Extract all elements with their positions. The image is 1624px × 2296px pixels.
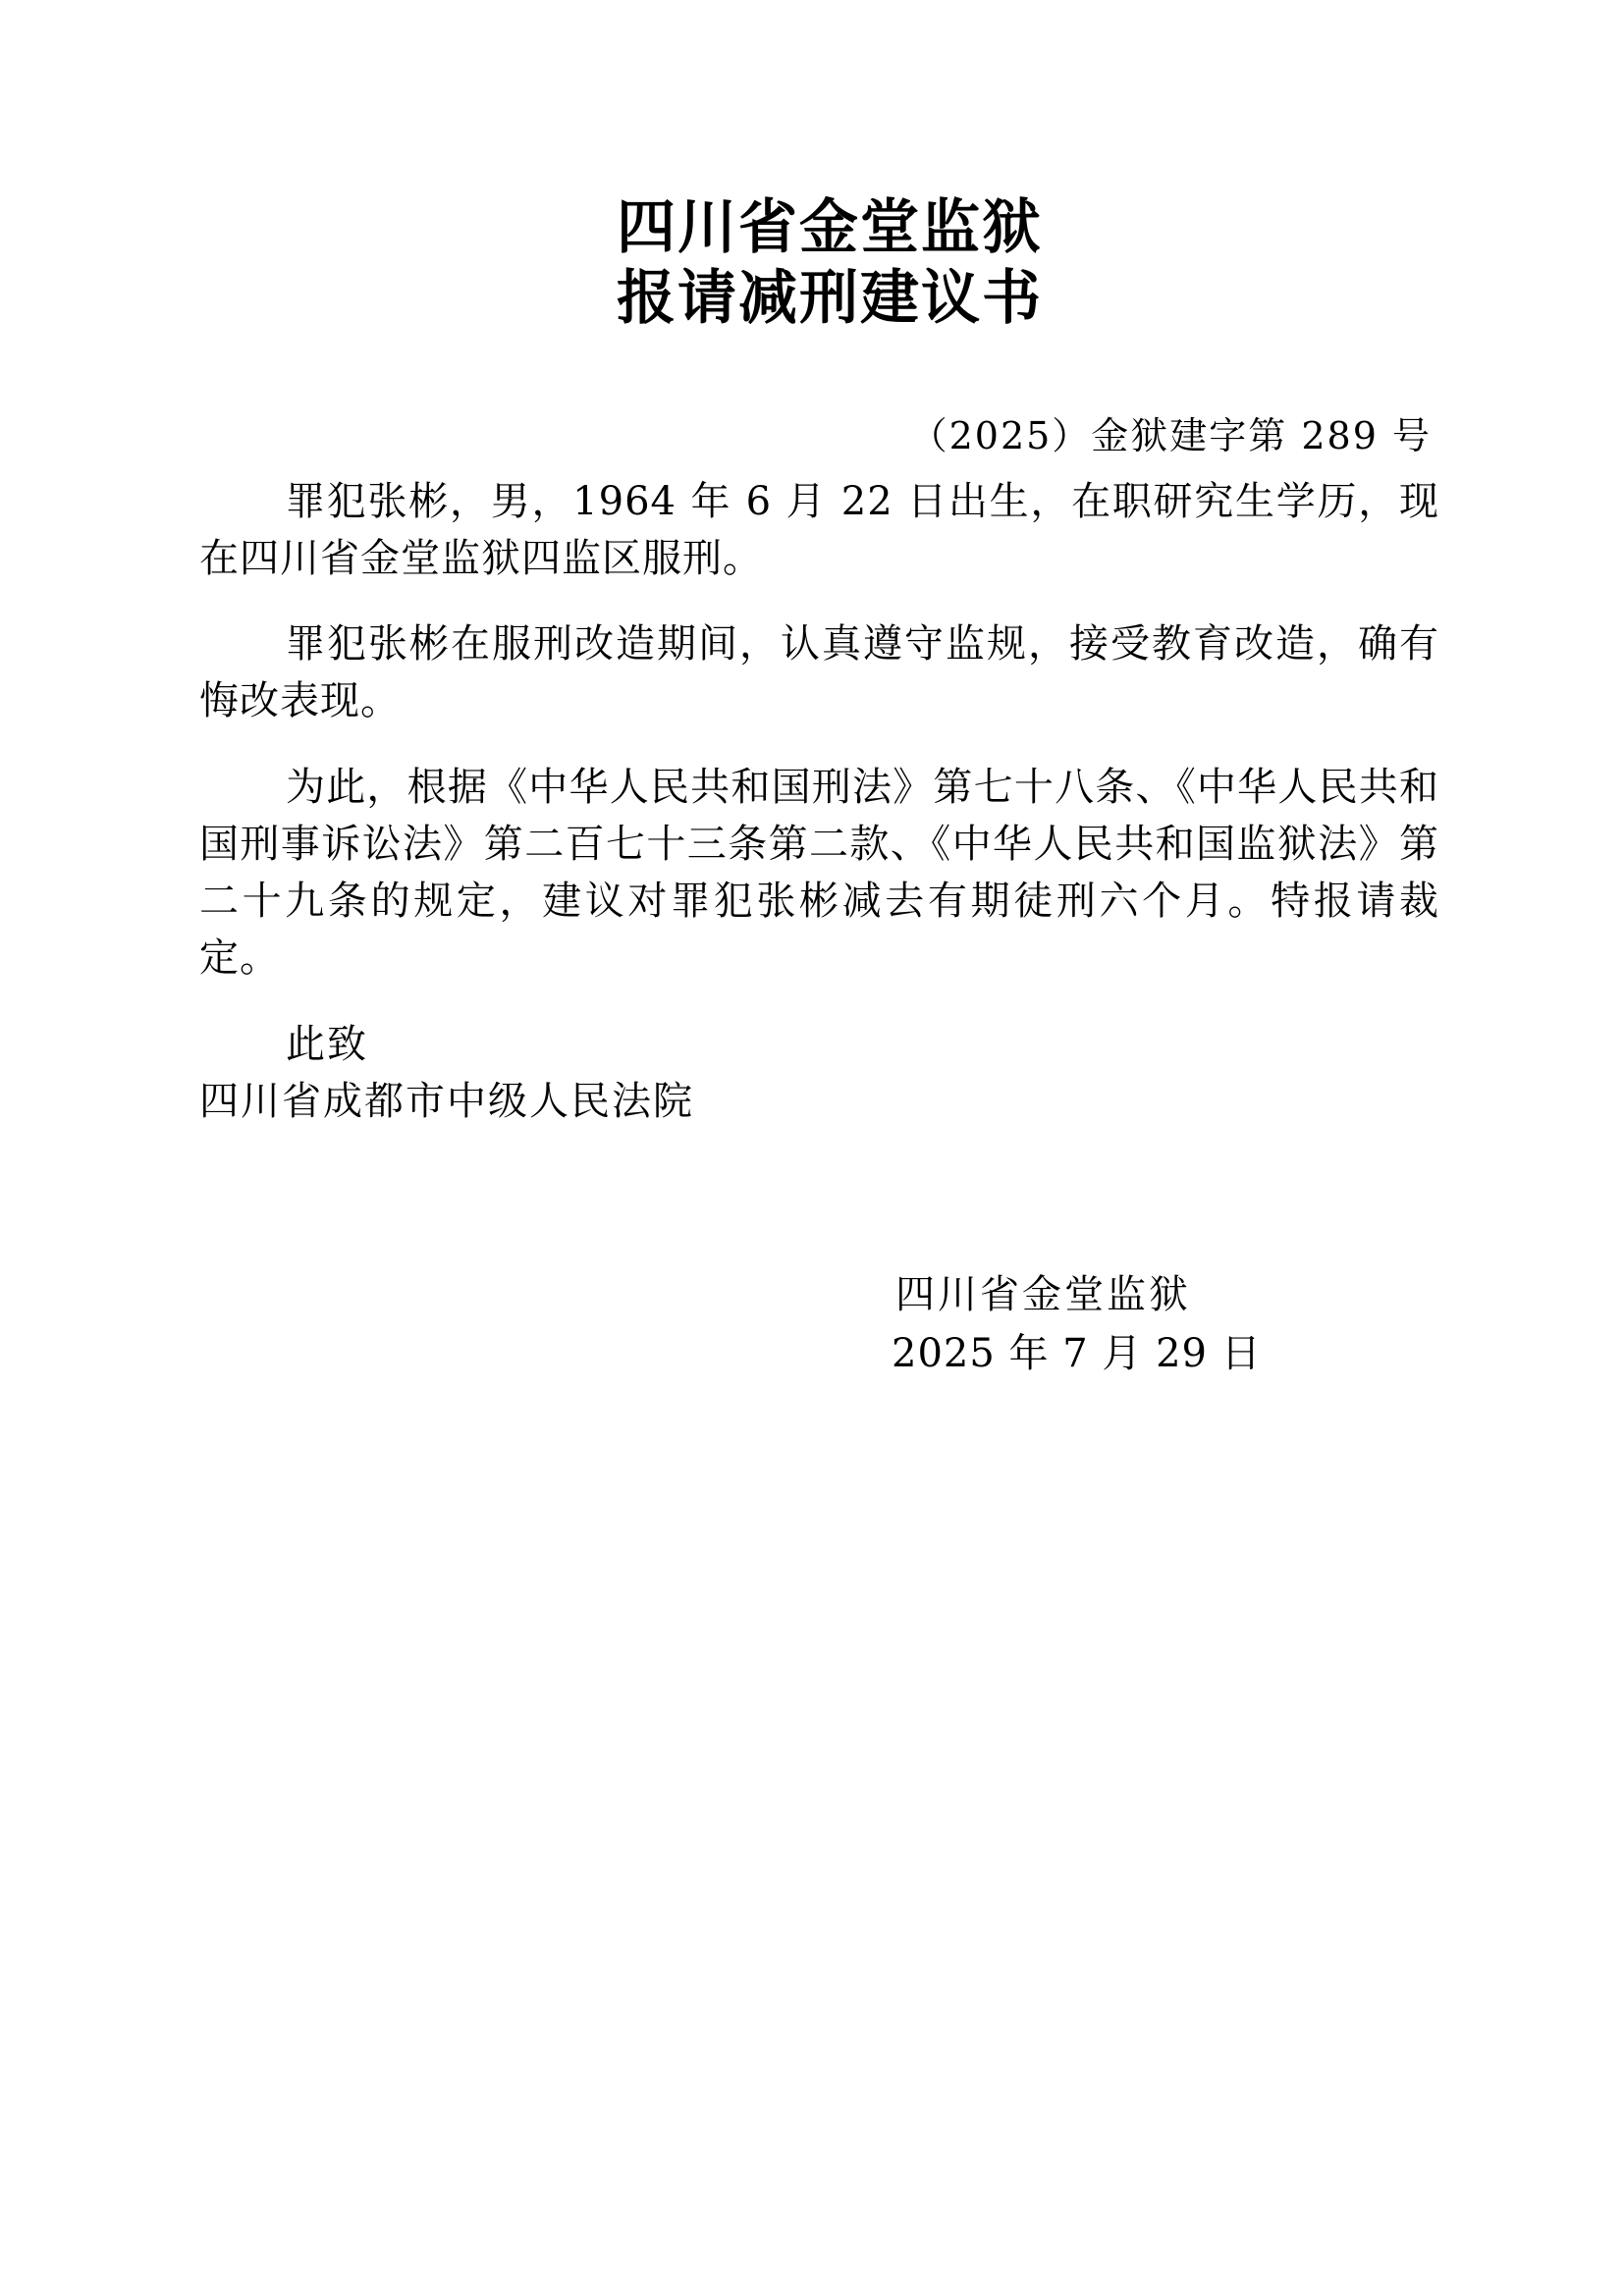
signature-date: 2025 年 7 月 29 日: [892, 1325, 1262, 1382]
document-title-line1: 四川省金堂监狱: [18, 192, 1624, 263]
salutation: 此致: [286, 1016, 368, 1073]
document-title-line2: 报请减刑建议书: [18, 263, 1624, 334]
paragraph-legal-basis: 为此，根据《中华人民共和国刑法》第七十八条、《中华人民共和国刑事诉讼法》第二百七…: [199, 759, 1439, 987]
recipient-court: 四川省成都市中级人民法院: [199, 1073, 694, 1130]
document-number: （2025）金狱建字第 289 号: [910, 410, 1432, 461]
paragraph-inmate-info: 罪犯张彬，男，1964 年 6 月 22 日出生，在职研究生学历，现在四川省金堂…: [199, 473, 1439, 587]
document-page: 四川省金堂监狱 报请减刑建议书 （2025）金狱建字第 289 号 罪犯张彬，男…: [0, 0, 1624, 2296]
signature-organization: 四川省金堂监狱: [895, 1266, 1191, 1323]
paragraph-behavior: 罪犯张彬在服刑改造期间，认真遵守监规，接受教育改造，确有悔改表现。: [199, 615, 1439, 729]
